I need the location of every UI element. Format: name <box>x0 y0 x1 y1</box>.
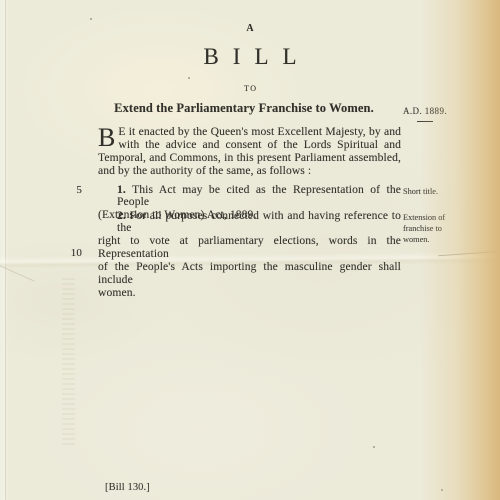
preamble-line: with the advice and consent of the Lords… <box>98 139 401 152</box>
clause-2-line: right to vote at parliamentary elections… <box>98 235 401 261</box>
paper-speck <box>441 489 443 491</box>
paper-speck <box>188 77 190 79</box>
margin-note-line: Short title. <box>403 187 461 198</box>
clause-1-line: 1. This Act may be cited as the Represen… <box>98 184 401 210</box>
enacting-clause: B E it enacted by the Queen's most Excel… <box>98 126 401 178</box>
clause-1-text: This Act may be cited as the Representat… <box>117 183 401 209</box>
clause-2-text: For all purposes connected with and havi… <box>117 209 401 235</box>
bill-title: Extend the Parliamentary Franchise to Wo… <box>88 101 400 116</box>
bill-number-footer: [Bill 130.] <box>105 482 150 493</box>
page-curl-shadow <box>420 0 500 500</box>
paper-speck <box>90 18 92 20</box>
clause-2-line: 2. For all purposes connected with and h… <box>98 210 401 236</box>
ink-showthrough <box>62 278 75 448</box>
margin-note-line: Extension of <box>403 213 461 224</box>
clause-2: 2. For all purposes connected with and h… <box>98 210 401 300</box>
margin-note-extension: Extension of franchise to women. <box>403 213 461 245</box>
to-word: TO <box>0 84 500 93</box>
margin-note-line: women. <box>403 235 461 246</box>
clause-2-number: 2. <box>117 209 126 222</box>
clause-2-line: women. <box>98 287 401 300</box>
year-margin-note: A.D. 1889. <box>403 106 447 116</box>
clause-1-number: 1. <box>117 183 126 196</box>
paper-speck <box>373 446 375 448</box>
preamble-line: and by the authority of the same, as fol… <box>98 165 401 178</box>
margin-note-short-title: Short title. <box>403 187 461 198</box>
dropcap-b: B <box>98 126 115 150</box>
preamble-line: Temporal, and Commons, in this present P… <box>98 152 401 165</box>
line-number-10: 10 <box>56 247 82 259</box>
paper-left-edge-line <box>5 0 6 500</box>
preamble-line: E it enacted by the Queen's most Excelle… <box>98 126 401 139</box>
clause-2-line: of the People's Acts importing the mascu… <box>98 261 401 287</box>
year-note-rule <box>417 121 433 122</box>
margin-note-line: franchise to <box>403 224 461 235</box>
line-number-5: 5 <box>56 184 82 196</box>
scanned-bill-page: A BILL TO Extend the Parliamentary Franc… <box>0 0 500 500</box>
bill-heading: BILL <box>0 44 500 70</box>
header-letter-a: A <box>0 23 500 34</box>
